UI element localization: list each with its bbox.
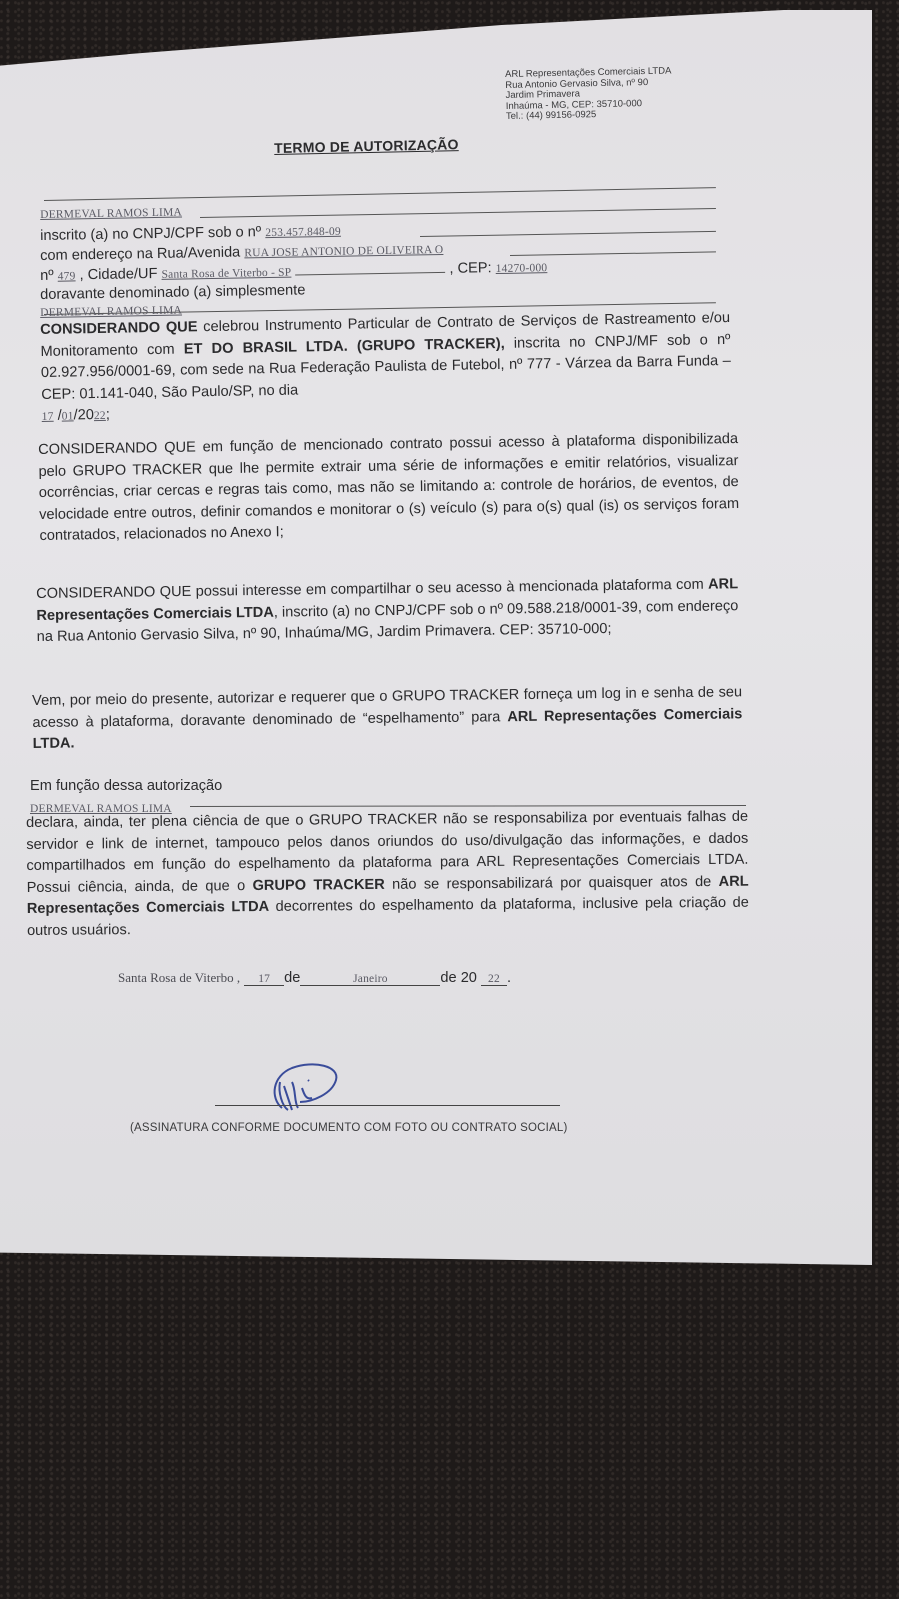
de-text: de [284,970,300,986]
number-city-row: nº 479 , Cidade/UF Santa Rosa de Viterbo… [40,259,547,284]
signing-year: 22 [481,973,507,986]
rule-line [420,231,716,237]
address-row: com endereço na Rua/Avenida RUA JOSE ANT… [40,241,443,264]
contract-year: 22 [94,410,106,422]
document-title: TERMO DE AUTORIZAÇÃO [274,136,459,156]
signing-month: Janeiro [300,973,440,986]
cpf-value: 253.457.848-09 [265,226,341,239]
designation-label: doravante denominado (a) simplesmente [40,282,306,303]
paragraph-declaration: declara, ainda, ter plena ciência de que… [26,807,749,942]
rule-line [44,187,716,201]
bold-grupo-tracker: GRUPO TRACKER [252,876,384,893]
contract-month: 01 [62,410,74,422]
paragraph-authorization: Vem, por meio do presente, autorizar e r… [32,682,743,755]
year-prefix: /20 [73,407,94,423]
rule-line [510,251,716,256]
paragraph-contract: CONSIDERANDO QUE celebrou Instrumento Pa… [40,308,732,429]
bold-company: ET DO BRASIL LTDA. (GRUPO TRACKER), [184,335,505,357]
period: . [507,970,511,986]
number-value: 479 [58,270,76,282]
bold-considering: CONSIDERANDO QUE [40,319,198,338]
intro-text: Em função dessa autorização [30,778,222,794]
signing-day: 17 [244,973,284,986]
number-label: nº [40,268,54,284]
city-value: Santa Rosa de Viterbo - SP [161,267,291,281]
signing-city: Santa Rosa de Viterbo , [118,970,240,985]
paragraph-text: não se responsabilizará por quaisquer at… [385,873,719,892]
date-line: Santa Rosa de Viterbo , 17deJaneirode 20… [118,970,511,986]
paragraph-sharing-interest: CONSIDERANDO QUE possui interesse em com… [36,574,739,648]
paragraph-text: CONSIDERANDO QUE possui interesse em com… [36,577,708,602]
address-value: RUA JOSE ANTONIO DE OLIVEIRA O [244,244,443,259]
paragraph-platform-access: CONSIDERANDO QUE em função de mencionado… [38,429,740,547]
signature-line [215,1105,560,1106]
designation-value: DERMEVAL RAMOS LIMA [40,305,182,319]
letterhead: ARL Representações Comerciais LTDA Rua A… [505,67,672,123]
cpf-row: inscrito (a) no CNPJ/CPF sob o nº 253.45… [40,223,341,244]
signature-icon [262,1058,352,1118]
name-value: DERMEVAL RAMOS LIMA [40,207,182,221]
cpf-label: inscrito (a) no CNPJ/CPF sob o nº [40,224,261,244]
name-row: DERMEVAL RAMOS LIMA [40,204,182,222]
de-20-text: de 20 [440,970,477,986]
address-label: com endereço na Rua/Avenida [40,245,240,264]
designation-row: doravante denominado (a) simplesmente [40,282,306,303]
signature-caption: (ASSINATURA CONFORME DOCUMENTO COM FOTO … [130,1122,568,1134]
cep-value: 14270-000 [496,262,548,275]
rule-line [200,208,716,218]
cep-label: , CEP: [449,260,491,277]
letterhead-phone: Tel.: (44) 99156-0925 [506,109,673,123]
city-label: , Cidade/UF [79,266,157,283]
declaration-intro: Em função dessa autorização [30,778,222,794]
authorization-document: ARL Representações Comerciais LTDA Rua A… [0,0,899,1599]
contract-day: 17 [42,411,54,423]
